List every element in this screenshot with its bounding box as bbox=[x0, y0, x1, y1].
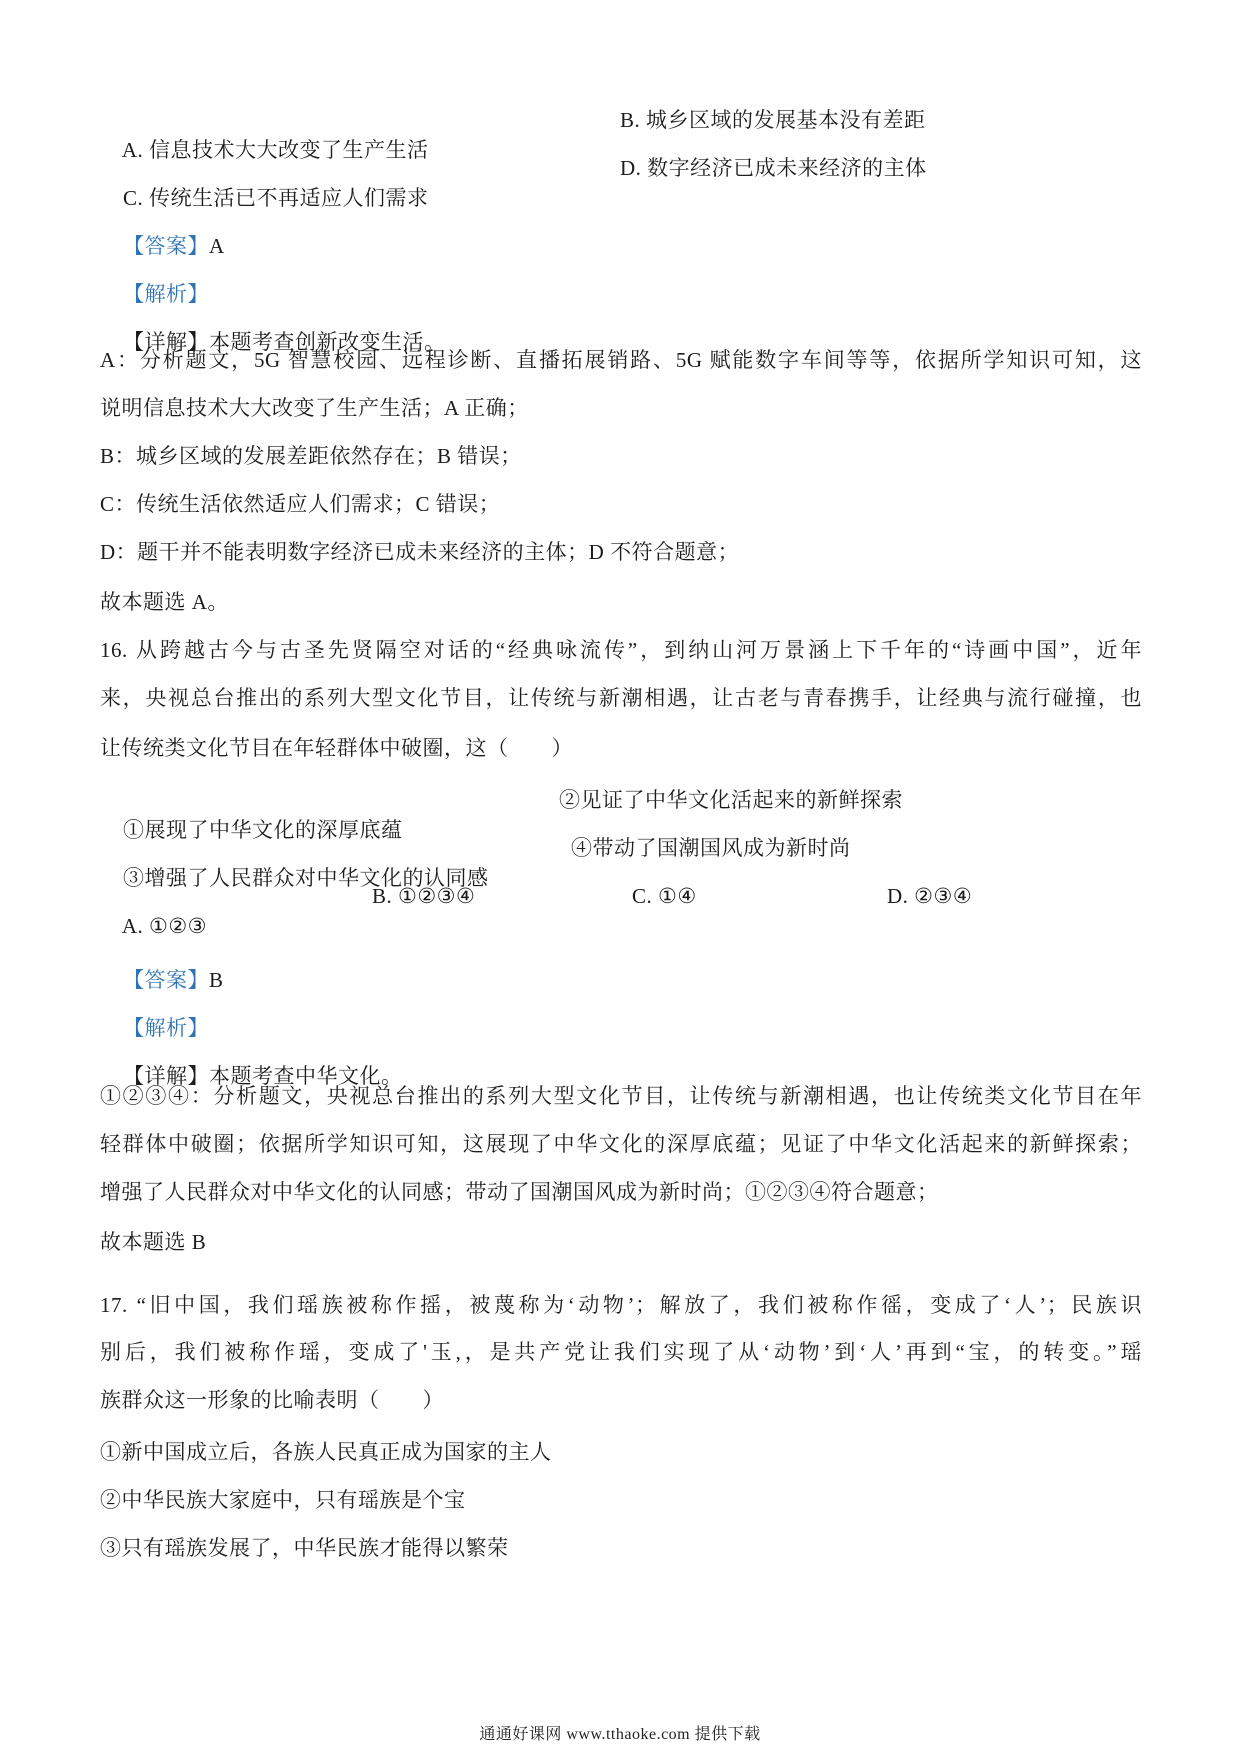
q15-analysis-text: D：题干并不能表明数字经济已成未来经济的主体；D 不符合题意； bbox=[100, 537, 739, 567]
q16-statement-4: ④带动了国潮国风成为新时尚 bbox=[571, 833, 851, 863]
q15-conclusion: 故本题选 A。 bbox=[100, 587, 229, 617]
q16-analysis-line: 【解析】 bbox=[100, 983, 209, 1013]
q16-conclusion: 故本题选 B bbox=[100, 1227, 206, 1257]
q15-options-row-1: A. 信息技术大大改变了生产生活 B. 城乡区域的发展基本没有差距 bbox=[100, 105, 429, 135]
q16-choice-c: C. ①④ bbox=[632, 881, 697, 911]
q17-stem-line: 别后，我们被称作瑶，变成了'玉,，是共产党让我们实现了从‘动物’到‘人’再到“宝… bbox=[100, 1337, 1142, 1367]
q16-choice-b: B. ①②③④ bbox=[372, 881, 475, 911]
q15-analysis-text: A：分析题文，5G 智慧校园、远程诊断、直播拓展销路、5G 赋能数字车间等等，依… bbox=[100, 345, 1142, 375]
q16-stem-line: 来，央视总台推出的系列大型文化节目，让传统与新潮相遇，让古老与青春携手，让经典与… bbox=[100, 683, 1142, 713]
q16-detail-line: 【详解】本题考查中华文化。 bbox=[100, 1031, 403, 1061]
q15-detail-line: 【详解】本题考查创新改变生活。 bbox=[100, 297, 446, 327]
q16-stem-line: 让传统类文化节目在年轻群体中破圈，这（ ） bbox=[100, 733, 573, 763]
q17-stem-line: 族群众这一形象的比喻表明（ ） bbox=[100, 1385, 444, 1415]
q15-answer-line: 【答案】A bbox=[100, 201, 225, 231]
q15-answer-value: A bbox=[209, 234, 225, 258]
q16-analysis-text: 轻群体中破圈；依据所学知识可知，这展现了中华文化的深厚底蕴；见证了中华文化活起来… bbox=[100, 1129, 1142, 1159]
q16-choice-d: D. ②③④ bbox=[887, 881, 972, 911]
q15-analysis-line: 【解析】 bbox=[100, 249, 209, 279]
q16-answer-value: B bbox=[209, 968, 224, 992]
q16-statements-row-1: ①展现了中华文化的深厚底蕴 ②见证了中华文化活起来的新鲜探索 bbox=[100, 785, 403, 815]
q15-analysis-text: 说明信息技术大大改变了生产生活；A 正确； bbox=[100, 393, 529, 423]
footer-text: 通通好课网 www.tthaoke.com 提供下载 bbox=[479, 1726, 760, 1743]
q15-options-row-2: C. 传统生活已不再适应人们需求 D. 数字经济已成未来经济的主体 bbox=[100, 153, 429, 183]
q15-option-d: D. 数字经济已成未来经济的主体 bbox=[620, 153, 927, 183]
q15-analysis-text: B：城乡区域的发展差距依然存在；B 错误； bbox=[100, 441, 522, 471]
document-page: A. 信息技术大大改变了生产生活 B. 城乡区域的发展基本没有差距 C. 传统生… bbox=[0, 0, 1240, 1754]
q15-option-b: B. 城乡区域的发展基本没有差距 bbox=[620, 105, 926, 135]
q16-choices-row: A. ①②③ B. ①②③④ C. ①④ D. ②③④ bbox=[100, 881, 207, 911]
q16-answer-line: 【答案】B bbox=[100, 935, 224, 965]
q16-analysis-text: ①②③④：分析题文，央视总台推出的系列大型文化节目，让传统与新潮相遇，也让传统类… bbox=[100, 1081, 1142, 1111]
q16-analysis-text: 增强了人民群众对中华文化的认同感；带动了国潮国风成为新时尚；①②③④符合题意； bbox=[100, 1177, 939, 1207]
q16-statements-row-2: ③增强了人民群众对中华文化的认同感 ④带动了国潮国风成为新时尚 bbox=[100, 833, 489, 863]
q17-stem-line: 17. “旧中国，我们瑶族被称作摇，被蔑称为‘动物’；解放了，我们被称作徭，变成… bbox=[100, 1290, 1142, 1320]
q17-statement-2: ②中华民族大家庭中，只有瑶族是个宝 bbox=[100, 1485, 466, 1515]
q17-statement-3: ③只有瑶族发展了，中华民族才能得以繁荣 bbox=[100, 1533, 509, 1563]
q15-analysis-text: C：传统生活依然适应人们需求；C 错误； bbox=[100, 489, 500, 519]
page-footer: 通通好课网 www.tthaoke.com 提供下载 bbox=[0, 1722, 1240, 1748]
q17-statement-1: ①新中国成立后，各族人民真正成为国家的主人 bbox=[100, 1437, 552, 1467]
q16-stem-line: 16. 从跨越古今与古圣先贤隔空对话的“经典咏流传”，到纳山河万景涵上下千年的“… bbox=[100, 635, 1142, 665]
q16-statement-2: ②见证了中华文化活起来的新鲜探索 bbox=[559, 785, 903, 815]
